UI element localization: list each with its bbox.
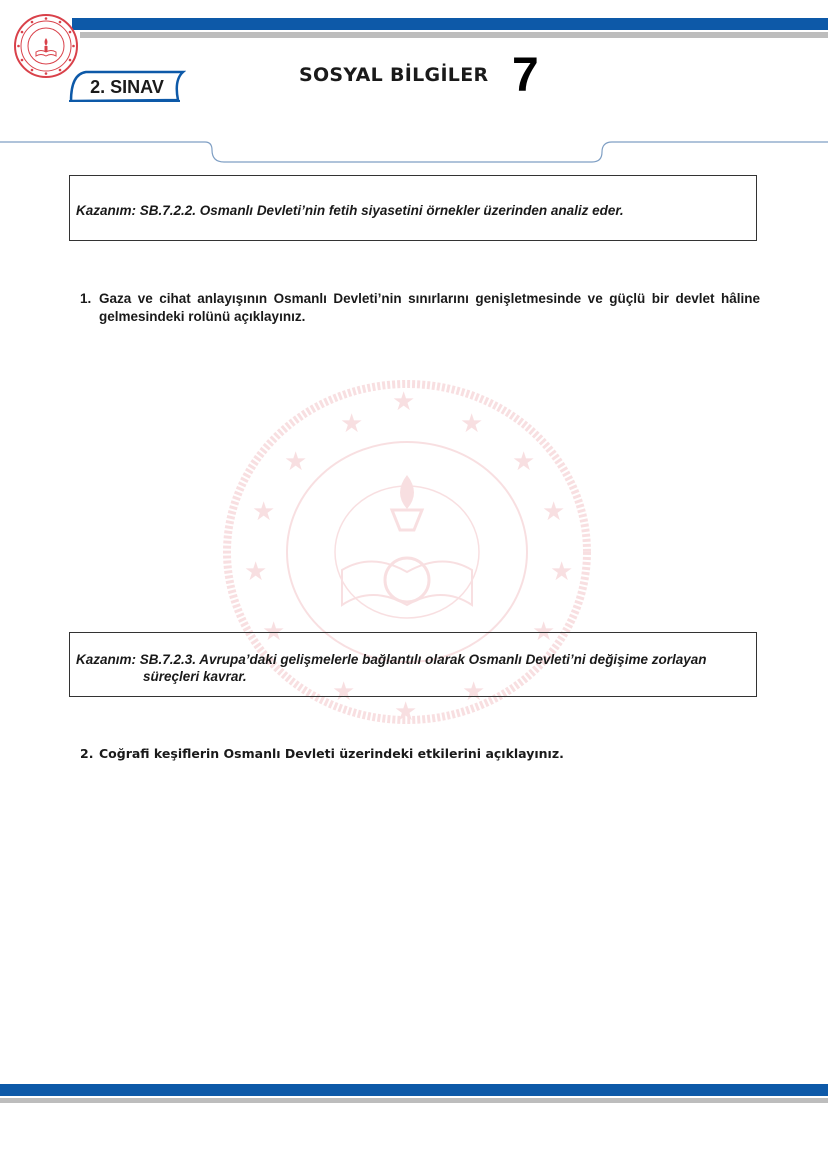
question-text-1: Gaza ve cihat anlayışının Osmanlı Devlet… [99, 290, 760, 326]
header-stripe-gray [80, 32, 828, 38]
question-number-1: 1. [80, 290, 99, 326]
header-divider [0, 120, 828, 170]
question-text-2: Coğrafi keşiflerin Osmanlı Devleti üzeri… [99, 745, 760, 763]
learning-outcome-text-2: Kazanım: SB.7.2.3. Avrupa’daki gelişmele… [76, 652, 706, 667]
footer-stripe-blue [0, 1084, 828, 1096]
learning-outcome-text-2-cont: süreçleri kavrar. [76, 668, 756, 685]
svg-text:★: ★ [550, 557, 573, 587]
exam-label: 2. SINAV [68, 77, 186, 98]
question-2: 2. Coğrafi keşiflerin Osmanlı Devleti üz… [80, 745, 760, 763]
svg-text:★: ★ [392, 387, 415, 417]
learning-outcome-box-1: Kazanım: SB.7.2.2. Osmanlı Devleti’nin f… [69, 175, 757, 241]
learning-outcome-box-2: Kazanım: SB.7.2.3. Avrupa’daki gelişmele… [69, 632, 757, 697]
subject-title: SOSYAL BİLGİLER [299, 64, 488, 86]
learning-outcome-text-1: Kazanım: SB.7.2.2. Osmanlı Devleti’nin f… [76, 203, 624, 218]
exam-number-badge: 2. SINAV [68, 70, 186, 102]
svg-text:★: ★ [394, 697, 417, 725]
svg-text:★: ★ [460, 409, 483, 439]
question-number-2: 2. [80, 745, 99, 763]
svg-text:★: ★ [252, 497, 275, 527]
footer-stripe-gray [0, 1098, 828, 1103]
svg-text:★: ★ [340, 409, 363, 439]
svg-text:★: ★ [244, 557, 267, 587]
grade-number: 7 [512, 52, 539, 100]
svg-text:★: ★ [542, 497, 565, 527]
svg-text:★: ★ [512, 447, 535, 477]
svg-text:★: ★ [284, 447, 307, 477]
meb-seal-icon [14, 14, 78, 78]
header-stripe-blue [72, 18, 828, 30]
question-1: 1. Gaza ve cihat anlayışının Osmanlı Dev… [80, 290, 760, 326]
